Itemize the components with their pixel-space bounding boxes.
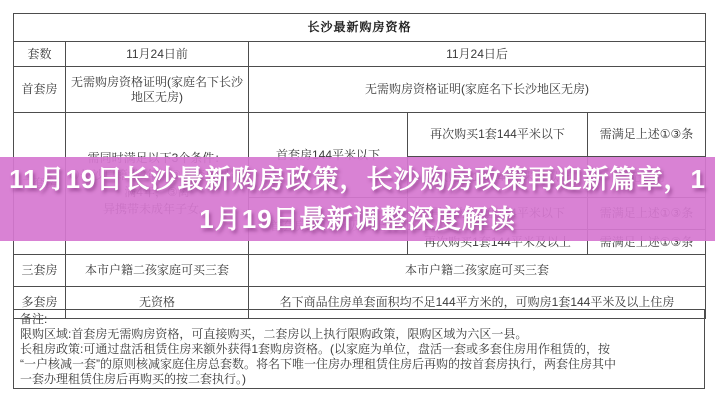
case-action: 再次购买1套144平米以下: [408, 113, 588, 157]
third-home-after: 本市户籍二孩家庭可买三套: [249, 255, 706, 287]
notes-line: 限购区域:首套房无需购房资格，可直接购买，二套房以上执行限购政策，限购区域为六区…: [20, 327, 698, 342]
row-third-home: 三套房 本市户籍二孩家庭可买三套 本市户籍二孩家庭可买三套: [14, 255, 706, 287]
header-count: 套数: [14, 42, 66, 67]
notes-line: 备注:: [20, 312, 698, 327]
table-header-row: 套数 11月24日前 11月24日后: [14, 42, 706, 67]
notes-line: “一户核减一套”的原则核减家庭住房总套数。将名下唯一住房办理租赁住房后再购的按首…: [20, 357, 698, 372]
notes-line: 一套办理租赁住房后再购买的按二套执行。): [20, 372, 698, 387]
notes-box: 备注: 限购区域:首套房无需购房资格，可直接购买，二套房以上执行限购政策，限购区…: [13, 309, 705, 389]
headline-line-1: 11月19日长沙最新购房政策，长沙购房政策再迎新篇章，1: [9, 159, 706, 199]
case-rule: 需满足上述①③条: [588, 113, 706, 157]
third-home-before: 本市户籍二孩家庭可买三套: [66, 255, 249, 287]
header-after: 11月24日后: [249, 42, 706, 67]
notes-line: 长租房政策:可通过盘活租赁住房来额外获得1套购房资格。(以家庭为单位，盘活一套或…: [20, 342, 698, 357]
third-home-label: 三套房: [14, 255, 66, 287]
header-before: 11月24日前: [66, 42, 249, 67]
table-title: 长沙最新购房资格: [14, 14, 706, 42]
first-home-label: 首套房: [14, 67, 66, 113]
first-home-after: 无需购房资格证明(家庭名下长沙地区无房): [249, 67, 706, 113]
headline-line-2: 1月19日最新调整深度解读: [199, 199, 515, 239]
headline-overlay-banner: 11月19日长沙最新购房政策，长沙购房政策再迎新篇章，1 1月19日最新调整深度…: [0, 157, 715, 241]
row-first-home: 首套房 无需购房资格证明(家庭名下长沙地区无房) 无需购房资格证明(家庭名下长沙…: [14, 67, 706, 113]
row-second-home-sub1: 二套房 需同时满足以下3个条件： ①长沙户籍满2年，②首套房网签或 满4年，③离…: [14, 113, 706, 157]
table-title-row: 长沙最新购房资格: [14, 14, 706, 42]
first-home-before: 无需购房资格证明(家庭名下长沙地区无房): [66, 67, 249, 113]
